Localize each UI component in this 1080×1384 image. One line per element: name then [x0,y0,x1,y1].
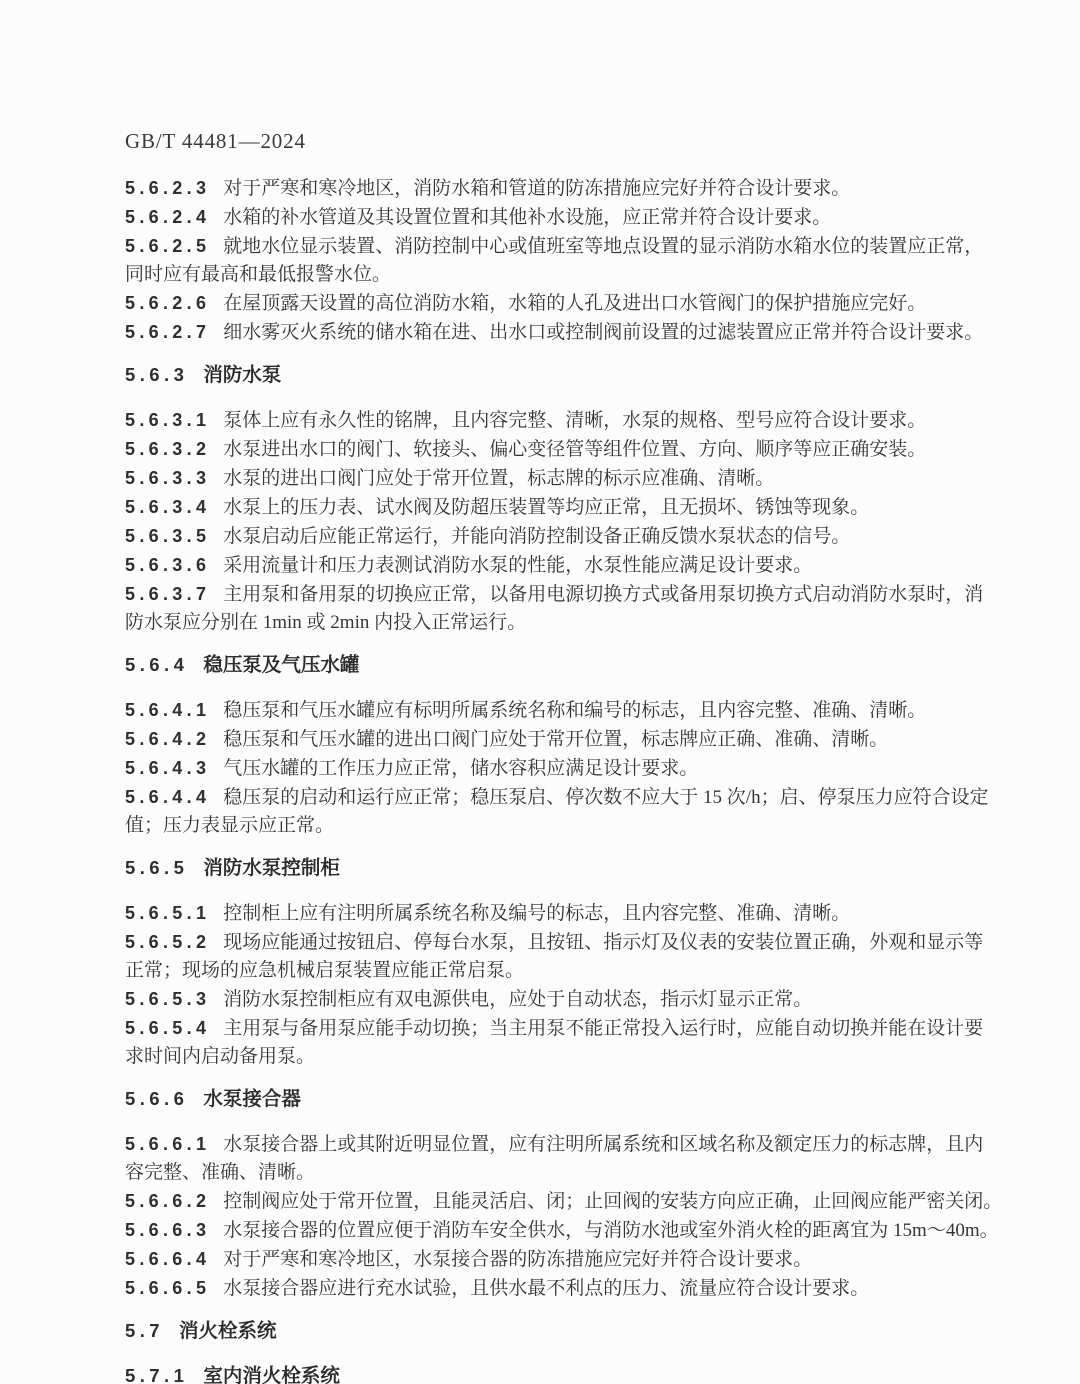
clause-text: 气压水罐的工作压力应正常，储水容积应满足设计要求。 [223,758,698,779]
text-line: 5.6.3消防水泵 [125,361,976,389]
clause-paragraph: 5.6.3.6采用流量计和压力表测试消防水泵的性能，水泵性能应满足设计要求。 [125,551,976,580]
clause-text: 水泵的进出口阀门应处于常开位置，标志牌的标示应准确、清晰。 [223,468,774,489]
clause-paragraph: 5.6.2.7细水雾灭火系统的储水箱在进、出水口或控制阀前设置的过滤装置应正常并… [125,318,976,347]
section-heading: 5.6.6水泵接合器 [125,1085,976,1113]
clause-number: 5.6.6.5 [125,1278,210,1298]
clause-number: 5.6.2.5 [125,236,210,256]
clause-text: 水泵启动后应能正常运行，并能向消防控制设备正确反馈水泵状态的信号。 [223,526,850,547]
text-line: 5.6.2.7细水雾灭火系统的储水箱在进、出水口或控制阀前设置的过滤装置应正常并… [125,318,976,347]
heading-text: 消防水泵 [203,364,281,386]
clause-paragraph: 5.6.2.4水箱的补水管道及其设置位置和其他补水设施，应正常并符合设计要求。 [125,203,976,232]
clause-number: 5.6.3.1 [125,410,210,430]
clause-paragraph: 5.6.3.4水泵上的压力表、试水阀及防超压装置等均应正常，且无损坏、锈蚀等现象… [125,493,976,522]
clause-paragraph: 5.6.6.1水泵接合器上或其附近明显位置，应有注明所属系统和区域名称及额定压力… [125,1130,976,1187]
clause-number: 5.6.3.5 [125,526,210,546]
clause-number: 5.6.3.7 [125,584,210,604]
clause-number: 5.6.5.2 [125,932,210,952]
clause-paragraph: 5.6.5.2现场应能通过按钮启、停每台水泵，且按钮、指示灯及仪表的安装位置正确… [125,928,976,985]
clause-text: 防水泵应分别在 1min 或 2min 内投入正常运行。 [125,612,526,633]
clause-text: 水箱的补水管道及其设置位置和其他补水设施，应正常并符合设计要求。 [223,207,831,228]
section-heading: 5.7消火栓系统 [125,1317,976,1345]
clause-number: 5.6.5.3 [125,989,210,1009]
clause-text: 稳压泵和气压水罐应有标明所属系统名称和编号的标志，且内容完整、准确、清晰。 [223,700,926,721]
clause-number: 5.6.4.2 [125,729,210,749]
clause-paragraph: 5.6.5.3消防水泵控制柜应有双电源供电，应处于自动状态，指示灯显示正常。 [125,985,976,1014]
text-line: 5.6.4.3气压水罐的工作压力应正常，储水容积应满足设计要求。 [125,754,976,783]
text-line: 5.6.5消防水泵控制柜 [125,854,976,882]
clause-paragraph: 5.6.5.4主用泵与备用泵应能手动切换；当主用泵不能正常投入运行时，应能自动切… [125,1014,976,1071]
text-line: 5.6.4.2稳压泵和气压水罐的进出口阀门应处于常开位置，标志牌应正确、准确、清… [125,725,976,754]
clause-text: 水泵接合器应进行充水试验，且供水最不利点的压力、流量应符合设计要求。 [223,1278,869,1299]
clause-paragraph: 5.6.4.4稳压泵的启动和运行应正常；稳压泵启、停次数不应大于 15 次/h；… [125,783,976,840]
text-line: 容完整、准确、清晰。 [125,1159,976,1187]
clause-text: 在屋顶露天设置的高位消防水箱，水箱的人孔及进出口水管阀门的保护措施应完好。 [223,293,926,314]
section-heading: 5.6.4稳压泵及气压水罐 [125,651,976,679]
clause-text: 求时间内启动备用泵。 [125,1046,315,1067]
clause-paragraph: 5.6.2.6在屋顶露天设置的高位消防水箱，水箱的人孔及进出口水管阀门的保护措施… [125,289,976,318]
clause-number: 5.6.5.1 [125,903,210,923]
section-heading: 5.6.3消防水泵 [125,361,976,389]
clause-paragraph: 5.6.3.3水泵的进出口阀门应处于常开位置，标志牌的标示应准确、清晰。 [125,464,976,493]
section-number: 5.7.1 [125,1365,188,1384]
clause-text: 细水雾灭火系统的储水箱在进、出水口或控制阀前设置的过滤装置应正常并符合设计要求。 [223,322,983,343]
clause-paragraph: 5.6.3.7主用泵和备用泵的切换应正常，以备用电源切换方式或备用泵切换方式启动… [125,580,976,637]
clause-paragraph: 5.6.4.2稳压泵和气压水罐的进出口阀门应处于常开位置，标志牌应正确、准确、清… [125,725,976,754]
text-line: 5.6.5.2现场应能通过按钮启、停每台水泵，且按钮、指示灯及仪表的安装位置正确… [125,928,976,957]
text-line: 5.6.3.1泵体上应有永久性的铭牌，且内容完整、清晰，水泵的规格、型号应符合设… [125,406,976,435]
clause-text: 稳压泵的启动和运行应正常；稳压泵启、停次数不应大于 15 次/h；启、停泵压力应… [223,787,988,808]
clause-number: 5.6.2.4 [125,207,210,227]
heading-text: 消防水泵控制柜 [203,857,340,879]
clause-number: 5.6.4.3 [125,758,210,778]
heading-text: 消火栓系统 [179,1320,277,1342]
text-line: 5.6.5.1控制柜上应有注明所属系统名称及编号的标志，且内容完整、准确、清晰。 [125,899,976,928]
clause-text: 消防水泵控制柜应有双电源供电，应处于自动状态，指示灯显示正常。 [223,989,812,1010]
clause-paragraph: 5.6.6.4对于严寒和寒冷地区，水泵接合器的防冻措施应完好并符合设计要求。 [125,1245,976,1274]
text-line: 5.6.4.4稳压泵的启动和运行应正常；稳压泵启、停次数不应大于 15 次/h；… [125,783,976,812]
section-number: 5.7 [125,1320,164,1341]
document-body: 5.6.2.3对于严寒和寒冷地区，消防水箱和管道的防冻措施应完好并符合设计要求。… [125,174,976,1384]
clause-number: 5.6.6.4 [125,1249,210,1269]
clause-paragraph: 5.6.4.1稳压泵和气压水罐应有标明所属系统名称和编号的标志，且内容完整、准确… [125,696,976,725]
text-line: 防水泵应分别在 1min 或 2min 内投入正常运行。 [125,609,976,637]
text-line: 5.6.2.5就地水位显示装置、消防控制中心或值班室等地点设置的显示消防水箱水位… [125,232,976,261]
clause-number: 5.6.6.2 [125,1191,210,1211]
section-heading: 5.6.5消防水泵控制柜 [125,854,976,882]
text-line: 5.6.3.3水泵的进出口阀门应处于常开位置，标志牌的标示应准确、清晰。 [125,464,976,493]
heading-text: 室内消火栓系统 [203,1365,340,1384]
clause-number: 5.6.6.1 [125,1134,210,1154]
clause-number: 5.6.3.6 [125,555,210,575]
clause-text: 现场应能通过按钮启、停每台水泵，且按钮、指示灯及仪表的安装位置正确，外观和显示等 [223,932,983,953]
text-line: 5.6.2.4水箱的补水管道及其设置位置和其他补水设施，应正常并符合设计要求。 [125,203,976,232]
clause-text: 水泵接合器的位置应便于消防车安全供水，与消防水池或室外消火栓的距离宜为 15m～… [223,1220,998,1241]
clause-paragraph: 5.6.2.3对于严寒和寒冷地区，消防水箱和管道的防冻措施应完好并符合设计要求。 [125,174,976,203]
clause-text: 对于严寒和寒冷地区，消防水箱和管道的防冻措施应完好并符合设计要求。 [223,178,850,199]
clause-number: 5.6.4.1 [125,700,210,720]
text-line: 5.6.3.7主用泵和备用泵的切换应正常，以备用电源切换方式或备用泵切换方式启动… [125,580,976,609]
clause-number: 5.6.2.6 [125,293,210,313]
text-line: 5.6.2.3对于严寒和寒冷地区，消防水箱和管道的防冻措施应完好并符合设计要求。 [125,174,976,203]
clause-paragraph: 5.6.4.3气压水罐的工作压力应正常，储水容积应满足设计要求。 [125,754,976,783]
clause-number: 5.6.3.4 [125,497,210,517]
clause-paragraph: 5.6.2.5就地水位显示装置、消防控制中心或值班室等地点设置的显示消防水箱水位… [125,232,976,289]
clause-text: 采用流量计和压力表测试消防水泵的性能，水泵性能应满足设计要求。 [223,555,812,576]
clause-text: 主用泵与备用泵应能手动切换；当主用泵不能正常投入运行时，应能自动切换并能在设计要 [223,1018,983,1039]
clause-paragraph: 5.6.6.5水泵接合器应进行充水试验，且供水最不利点的压力、流量应符合设计要求… [125,1274,976,1303]
clause-text: 水泵上的压力表、试水阀及防超压装置等均应正常，且无损坏、锈蚀等现象。 [223,497,869,518]
clause-number: 5.6.3.3 [125,468,210,488]
clause-number: 5.6.2.3 [125,178,210,198]
clause-text: 稳压泵和气压水罐的进出口阀门应处于常开位置，标志牌应正确、准确、清晰。 [223,729,888,750]
clause-number: 5.6.3.2 [125,439,210,459]
clause-number: 5.6.5.4 [125,1018,210,1038]
text-line: 5.6.2.6在屋顶露天设置的高位消防水箱，水箱的人孔及进出口水管阀门的保护措施… [125,289,976,318]
clause-text: 对于严寒和寒冷地区，水泵接合器的防冻措施应完好并符合设计要求。 [223,1249,812,1270]
standard-number-header: GB/T 44481—2024 [125,127,976,156]
text-line: 求时间内启动备用泵。 [125,1043,976,1071]
clause-text: 容完整、准确、清晰。 [125,1162,315,1183]
clause-text: 泵体上应有永久性的铭牌，且内容完整、清晰，水泵的规格、型号应符合设计要求。 [223,410,926,431]
clause-text: 水泵接合器上或其附近明显位置，应有注明所属系统和区域名称及额定压力的标志牌，且内 [223,1134,983,1155]
clause-text: 值；压力表显示应正常。 [125,815,334,836]
section-number: 5.6.5 [125,857,188,878]
clause-text: 水泵进出水口的阀门、软接头、偏心变径管等组件位置、方向、顺序等应正确安装。 [223,439,926,460]
document-page: GB/T 44481—2024 5.6.2.3对于严寒和寒冷地区，消防水箱和管道… [0,0,1080,1384]
section-heading: 5.7.1室内消火栓系统 [125,1362,976,1384]
text-line: 5.6.3.2水泵进出水口的阀门、软接头、偏心变径管等组件位置、方向、顺序等应正… [125,435,976,464]
clause-paragraph: 5.6.3.5水泵启动后应能正常运行，并能向消防控制设备正确反馈水泵状态的信号。 [125,522,976,551]
section-number: 5.6.4 [125,654,188,675]
heading-text: 稳压泵及气压水罐 [203,654,359,676]
text-line: 5.6.6水泵接合器 [125,1085,976,1113]
clause-paragraph: 5.6.6.2控制阀应处于常开位置，且能灵活启、闭；止回阀的安装方向应正确，止回… [125,1187,976,1216]
clause-number: 5.6.4.4 [125,787,210,807]
text-line: 5.6.5.3消防水泵控制柜应有双电源供电，应处于自动状态，指示灯显示正常。 [125,985,976,1014]
text-line: 5.6.4稳压泵及气压水罐 [125,651,976,679]
text-line: 5.6.4.1稳压泵和气压水罐应有标明所属系统名称和编号的标志，且内容完整、准确… [125,696,976,725]
text-line: 5.7消火栓系统 [125,1317,976,1345]
text-line: 5.6.6.5水泵接合器应进行充水试验，且供水最不利点的压力、流量应符合设计要求… [125,1274,976,1303]
section-number: 5.6.6 [125,1088,188,1109]
clause-number: 5.6.6.3 [125,1220,210,1240]
clause-text: 就地水位显示装置、消防控制中心或值班室等地点设置的显示消防水箱水位的装置应正常， [223,236,983,257]
clause-text: 控制柜上应有注明所属系统名称及编号的标志，且内容完整、准确、清晰。 [223,903,850,924]
section-number: 5.6.3 [125,364,188,385]
text-line: 5.7.1室内消火栓系统 [125,1362,976,1384]
text-line: 5.6.3.6采用流量计和压力表测试消防水泵的性能，水泵性能应满足设计要求。 [125,551,976,580]
clause-paragraph: 5.6.5.1控制柜上应有注明所属系统名称及编号的标志，且内容完整、准确、清晰。 [125,899,976,928]
clause-text: 控制阀应处于常开位置，且能灵活启、闭；止回阀的安装方向应正确，止回阀应能严密关闭… [223,1191,1002,1212]
text-line: 同时应有最高和最低报警水位。 [125,261,976,289]
text-line: 5.6.5.4主用泵与备用泵应能手动切换；当主用泵不能正常投入运行时，应能自动切… [125,1014,976,1043]
text-line: 5.6.6.4对于严寒和寒冷地区，水泵接合器的防冻措施应完好并符合设计要求。 [125,1245,976,1274]
text-line: 5.6.6.3水泵接合器的位置应便于消防车安全供水，与消防水池或室外消火栓的距离… [125,1216,976,1245]
text-line: 5.6.6.2控制阀应处于常开位置，且能灵活启、闭；止回阀的安装方向应正确，止回… [125,1187,976,1216]
clause-paragraph: 5.6.3.1泵体上应有永久性的铭牌，且内容完整、清晰，水泵的规格、型号应符合设… [125,406,976,435]
clause-text: 同时应有最高和最低报警水位。 [125,264,391,285]
clause-paragraph: 5.6.3.2水泵进出水口的阀门、软接头、偏心变径管等组件位置、方向、顺序等应正… [125,435,976,464]
heading-text: 水泵接合器 [203,1088,301,1110]
clause-text: 主用泵和备用泵的切换应正常，以备用电源切换方式或备用泵切换方式启动消防水泵时，消 [223,584,983,605]
text-line: 正常；现场的应急机械启泵装置应能正常启泵。 [125,957,976,985]
text-line: 值；压力表显示应正常。 [125,812,976,840]
text-line: 5.6.6.1水泵接合器上或其附近明显位置，应有注明所属系统和区域名称及额定压力… [125,1130,976,1159]
clause-number: 5.6.2.7 [125,322,210,342]
text-line: 5.6.3.4水泵上的压力表、试水阀及防超压装置等均应正常，且无损坏、锈蚀等现象… [125,493,976,522]
clause-paragraph: 5.6.6.3水泵接合器的位置应便于消防车安全供水，与消防水池或室外消火栓的距离… [125,1216,976,1245]
text-line: 5.6.3.5水泵启动后应能正常运行，并能向消防控制设备正确反馈水泵状态的信号。 [125,522,976,551]
clause-text: 正常；现场的应急机械启泵装置应能正常启泵。 [125,960,524,981]
